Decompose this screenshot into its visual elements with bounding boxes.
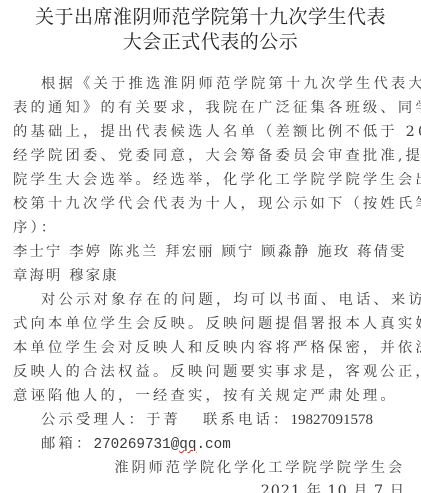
email-line: 邮箱：270269731@qq.com bbox=[41, 434, 421, 455]
paragraph-1-line: 院学生大会选举。经选举，化学化工学院学院学生会出席学 bbox=[13, 170, 405, 190]
phone-number: 19827091578 bbox=[290, 412, 373, 428]
paragraph-2-line: 反映人的合法权益。反映问题要实事求是，客观公正，对故 bbox=[13, 362, 405, 382]
paragraph-2-line: 对公示对象存在的问题，均可以书面、电话、来访等形 bbox=[41, 290, 421, 310]
title-line-1: 关于出席淮阴师范学院第十九次学生代表 bbox=[0, 2, 421, 29]
paragraph-1-line: 的基础上，提出代表候选人名单（差额比例不低于 20%）， bbox=[13, 122, 405, 142]
paragraph-1-line: 表的通知》的有关要求，我院在广泛征集各班级、同学意见 bbox=[13, 98, 405, 118]
paragraph-1-line: 根据《关于推选淮阴师范学院第十九次学生代表大会代 bbox=[41, 74, 421, 94]
paragraph-2-line: 式向本单位学生会反映。反映问题提倡署报本人真实姓名。 bbox=[13, 314, 405, 334]
phone-label: 联系电话： bbox=[203, 412, 290, 428]
contact-line: 公示受理人：于菁联系电话：19827091578 bbox=[41, 410, 421, 430]
receiver-label: 公示受理人： bbox=[41, 412, 146, 428]
paragraph-1-line: 校第十九次学代会代表为十人，现公示如下（按姓氏笔画为 bbox=[13, 194, 405, 214]
signature: 淮阴师范学院化学化工学院学院学生会 bbox=[114, 458, 405, 478]
paragraph-1-line: 经学院团委、党委同意，大会筹备委员会审查批准,提交学 bbox=[13, 146, 405, 166]
paragraph-2-line: 本单位学生会对反映人和反映内容将严格保密，并依法保护 bbox=[13, 338, 405, 358]
email-address[interactable]: 270269731@qq.com bbox=[94, 437, 231, 453]
representatives-list-line-1: 李士宁 李婷 陈兆兰 拜宏丽 顾宁 顾淼静 施玫 蒋倩雯 bbox=[13, 242, 405, 262]
title-line-2: 大会正式代表的公示 bbox=[0, 27, 421, 54]
receiver-name: 于菁 bbox=[146, 412, 181, 428]
email-label: 邮箱： bbox=[41, 436, 94, 452]
paragraph-2-line: 意诬陷他人的，一经查实，按有关规定严肃处理。 bbox=[13, 386, 405, 406]
representatives-list-line-2: 章海明 穆家康 bbox=[13, 266, 405, 286]
paragraph-1-line: 序）： bbox=[13, 218, 405, 238]
date: 2021 年 10 月 7 日 bbox=[261, 481, 405, 493]
